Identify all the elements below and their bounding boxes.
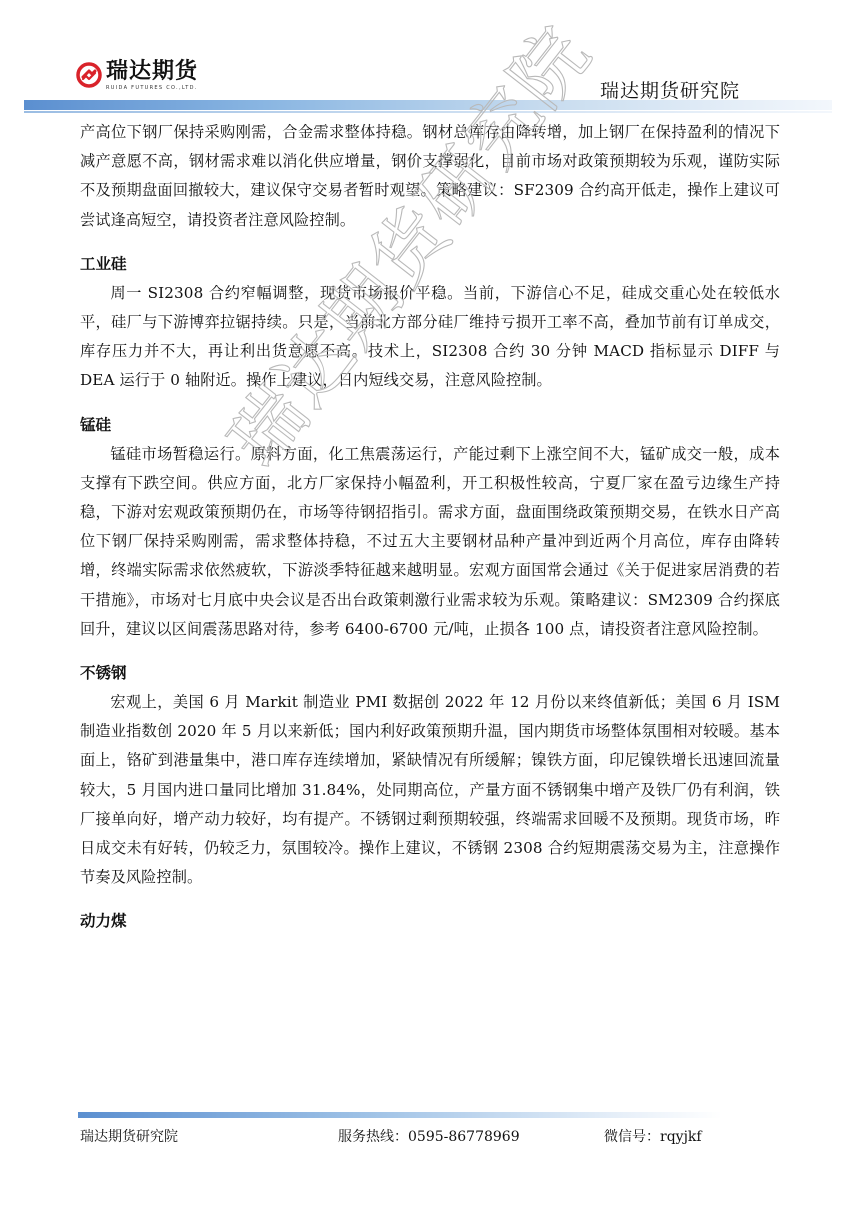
page-header: 瑞达期货 RUIDA FUTURES CO.,LTD. 瑞达期货研究院 (0, 0, 860, 116)
document-body: 产高位下钢厂保持采购刚需，合金需求整体持稳。钢材总库存由降转增，加上钢厂在保持盈… (80, 118, 780, 936)
company-logo: 瑞达期货 RUIDA FUTURES CO.,LTD. (76, 60, 198, 91)
ruida-logo-icon (76, 62, 102, 88)
paragraph-silicomanganese: 锰硅市场暂稳运行。原料方面，化工焦震荡运行，产能过剩下上涨空间不大，锰矿成交一般… (80, 440, 780, 644)
logo-english-name: RUIDA FUTURES CO.,LTD. (106, 85, 198, 91)
header-gradient-bar (24, 100, 832, 110)
paragraph-stainless-steel: 宏观上，美国 6 月 Markit 制造业 PMI 数据创 2022 年 12 … (80, 688, 780, 892)
section-heading-stainless-steel: 不锈钢 (80, 658, 780, 688)
page-footer: 瑞达期货研究院 服务热线：0595-86778969 微信号：rqyjkf (80, 1126, 780, 1146)
footer-org: 瑞达期货研究院 (80, 1126, 178, 1146)
section-heading-industrial-silicon: 工业硅 (80, 249, 780, 279)
paragraph-intro: 产高位下钢厂保持采购刚需，合金需求整体持稳。钢材总库存由降转增，加上钢厂在保持盈… (80, 118, 780, 235)
footer-wechat: 微信号：rqyjkf (604, 1126, 702, 1146)
header-divider (24, 111, 832, 113)
section-heading-silicomanganese: 锰硅 (80, 410, 780, 440)
section-heading-thermal-coal: 动力煤 (80, 906, 780, 936)
header-title: 瑞达期货研究院 (600, 76, 740, 103)
logo-chinese-name: 瑞达期货 (106, 60, 198, 84)
footer-gradient-bar (78, 1112, 722, 1118)
footer-hotline: 服务热线：0595-86778969 (338, 1126, 520, 1146)
paragraph-industrial-silicon: 周一 SI2308 合约窄幅调整，现货市场报价平稳。当前，下游信心不足，硅成交重… (80, 279, 780, 396)
